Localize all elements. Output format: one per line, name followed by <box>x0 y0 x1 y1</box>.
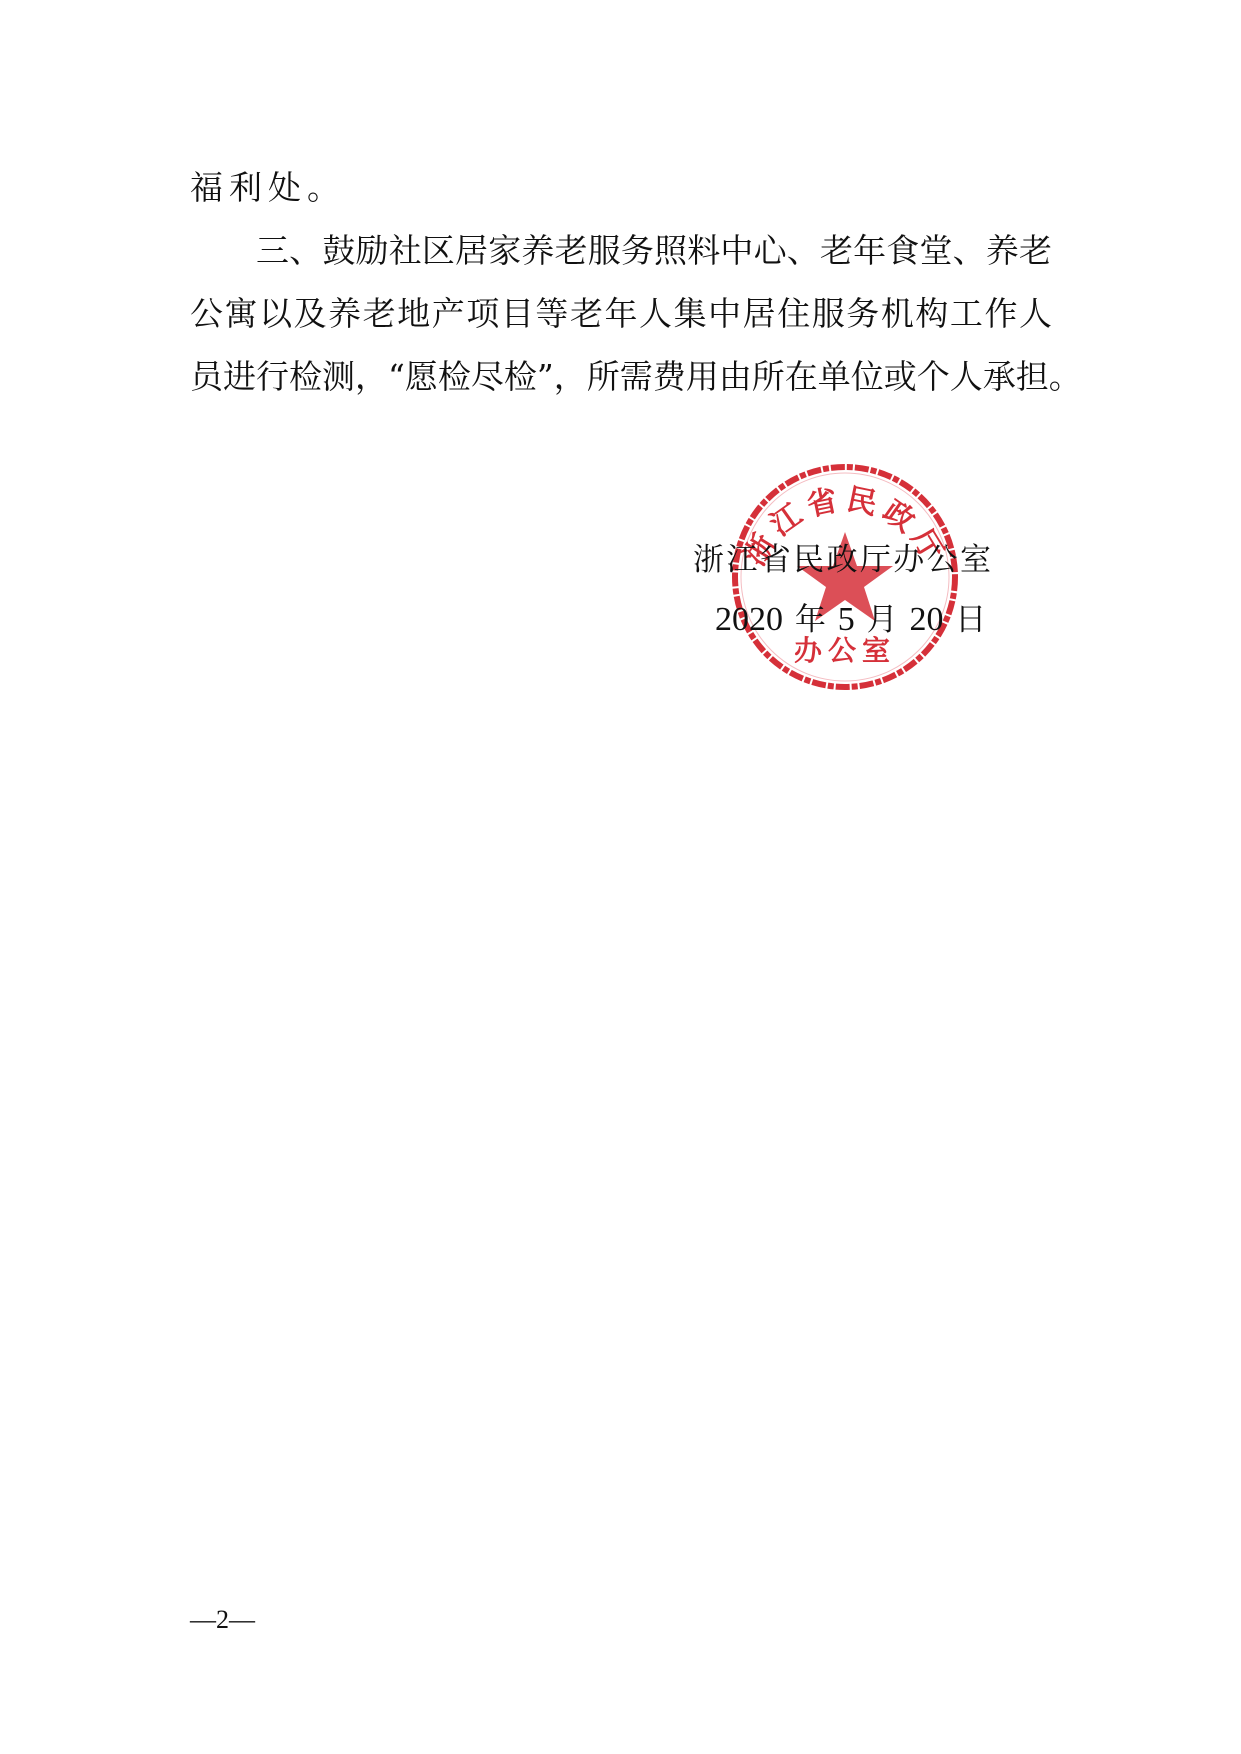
text-line: 福利处。 <box>190 166 1052 229</box>
date-month-unit: 月 <box>867 602 898 638</box>
body-text: 福利处。 三、鼓励社区居家养老服务照料中心、老年食堂、养老 公寓以及养老地产项目… <box>190 166 1052 418</box>
issue-date: 2020 年 5 月 20 日 <box>715 598 986 642</box>
page-number: —2— <box>190 1605 255 1635</box>
document-page: 福利处。 三、鼓励社区居家养老服务照料中心、老年食堂、养老 公寓以及养老地产项目… <box>0 0 1241 1754</box>
signature-block: 浙江省民政厅办公室 2020 年 5 月 20 日 <box>693 538 993 648</box>
date-year-unit: 年 <box>795 602 826 638</box>
text-line: 员进行检测，“愿检尽检”，所需费用由所在单位或个人承担。 <box>190 355 1052 418</box>
date-month: 5 <box>838 601 855 638</box>
date-day-unit: 日 <box>955 602 986 638</box>
issuing-organization: 浙江省民政厅办公室 <box>693 538 991 582</box>
text-line: 三、鼓励社区居家养老服务照料中心、老年食堂、养老 <box>190 229 1052 292</box>
text-line: 公寓以及养老地产项目等老年人集中居住服务机构工作人 <box>190 292 1052 355</box>
date-day: 20 <box>909 601 943 638</box>
date-year: 2020 <box>715 601 783 638</box>
